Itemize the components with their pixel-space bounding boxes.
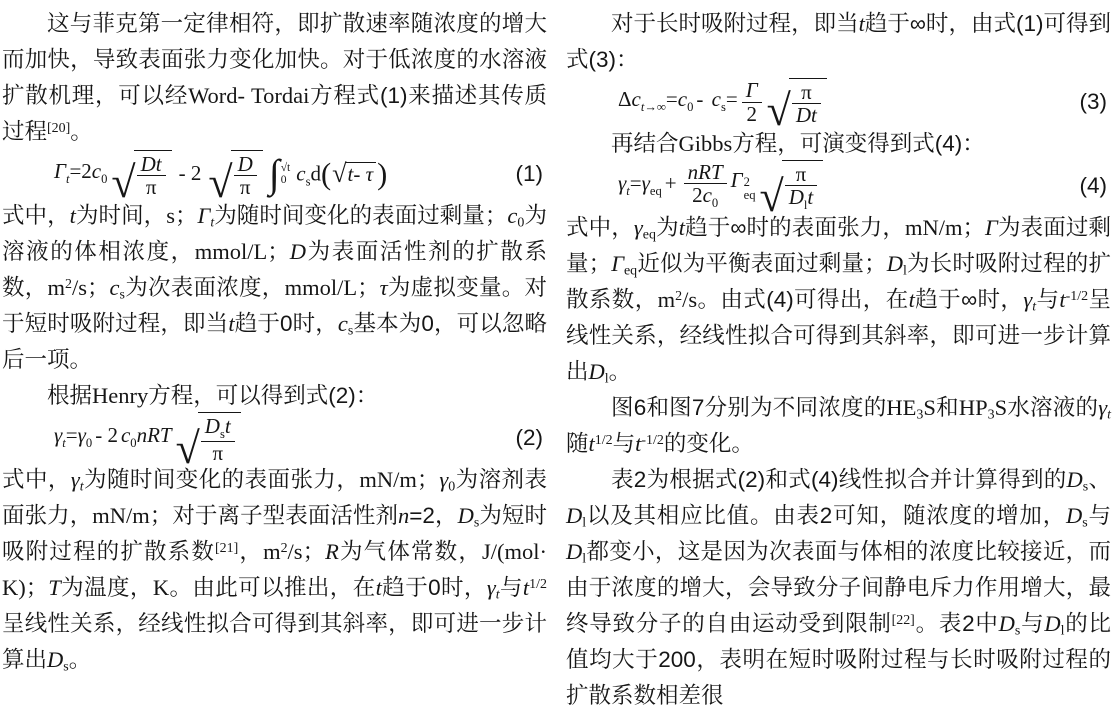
math-var: c	[121, 423, 130, 447]
fraction-denominator: π	[201, 441, 235, 464]
text-segment: T	[48, 575, 61, 600]
text-segment: mN/m	[905, 215, 963, 240]
text-segment: 与	[500, 575, 523, 600]
text-segment: 的变化。	[664, 431, 754, 456]
math-op: =	[666, 87, 678, 111]
text-segment: γ	[1023, 287, 1032, 312]
text-segment: 方程，可以得到式(2)：	[148, 383, 378, 408]
text-segment: 趋于∞时的表面张力，	[685, 215, 905, 240]
page-body: 这与菲克第一定律相符，即扩散速率随浓度的增大而加快，导致表面张力变化加快。对于低…	[0, 0, 1113, 709]
radical-body: Dtπ	[134, 150, 172, 198]
math-run: Δct→∞=c0- cs=	[618, 88, 738, 115]
text-segment: 2	[65, 277, 72, 292]
paragraph: 式中，γeq为t趋于∞时的表面张力，mN/m；Γ为表面过剩量；Γeq近似为平衡表…	[566, 210, 1111, 390]
text-segment: 。由此可以推出，在	[169, 575, 376, 600]
text-segment: eq	[643, 227, 656, 242]
text-segment: γ	[487, 575, 496, 600]
text-segment: 。表2中	[915, 611, 999, 636]
math-var: D	[789, 185, 804, 209]
text-segment: D	[566, 503, 582, 528]
text-segment: D	[290, 239, 306, 264]
fraction: nRT2c0	[684, 161, 727, 210]
math-var: t	[807, 185, 813, 209]
sup-sub-stack: 2eq	[744, 176, 756, 204]
fraction-denominator: 2c0	[684, 183, 727, 210]
radical-body: πDt	[789, 78, 827, 126]
radical: √t- τ	[332, 162, 376, 186]
text-segment: HP	[959, 395, 988, 420]
text-segment: 与	[1088, 503, 1111, 528]
math-var: γ	[78, 423, 86, 447]
math-var: c	[678, 87, 687, 111]
math-run: Γt=2c0	[54, 160, 107, 187]
text-segment: γ	[634, 215, 643, 240]
text-segment: 水溶液的	[1007, 395, 1098, 420]
fraction-denominator: 2	[742, 102, 762, 125]
text-segment: c	[110, 275, 120, 300]
fraction: πDt	[792, 81, 821, 126]
paper-page: { "colors": { "background": "#ffffff", "…	[0, 0, 1113, 709]
math-var: t	[225, 414, 231, 438]
text-segment: 近似为平衡表面过剩量；	[637, 251, 887, 276]
text-segment: /s	[682, 287, 697, 312]
math-op: - 2	[179, 162, 202, 185]
text-segment: 。	[609, 359, 632, 384]
text-segment: 随	[566, 431, 589, 456]
text-segment: mN/m	[359, 467, 417, 492]
math-sub: eq	[744, 189, 756, 203]
math-run: γt=γ0- 2c0nRT	[54, 424, 172, 451]
right-paren: )	[377, 157, 387, 191]
text-segment: ；对于离子型表面活性剂	[150, 503, 398, 528]
text-segment: 。	[70, 119, 93, 144]
math-sub: 0	[687, 101, 693, 115]
text-segment: 趋于0时，	[235, 311, 338, 336]
fraction-numerator: D	[234, 153, 257, 175]
radical-sign: √	[208, 165, 232, 200]
fraction: πDlt	[785, 163, 818, 212]
fraction-numerator: Dst	[201, 415, 235, 441]
text-segment: 图6和图7分别为不同浓度的	[611, 395, 886, 420]
math-op: =	[66, 423, 78, 447]
paragraph: 对于长时吸附过程，即当t趋于∞时，由式(1)可得到式(3)：	[566, 6, 1111, 78]
text-segment: Gibbs	[679, 131, 733, 156]
fraction: Dstπ	[201, 415, 235, 464]
fraction-numerator: Γ	[742, 79, 762, 101]
math-op: - 2	[95, 423, 118, 447]
math-var: c	[296, 161, 305, 185]
paragraph: 根据Henry方程，可以得到式(2)：	[2, 378, 547, 414]
text-segment: -1/2	[1066, 289, 1088, 304]
text-segment: /s	[288, 539, 303, 564]
text-segment: 与	[613, 431, 636, 456]
text-segment: c	[507, 203, 517, 228]
text-segment: D	[566, 539, 582, 564]
equation-number: (2)	[516, 426, 548, 451]
text-segment: mN/m	[92, 503, 150, 528]
text-segment: γ	[1098, 395, 1107, 420]
text-segment: 为次表面浓度，	[125, 275, 285, 300]
fraction-numerator: π	[785, 163, 818, 185]
text-segment: s	[166, 203, 175, 228]
text-segment: n	[398, 503, 409, 528]
text-segment: R	[325, 539, 339, 564]
text-segment: 。	[69, 647, 92, 672]
text-segment: K	[153, 575, 169, 600]
text-segment: 3	[988, 407, 995, 422]
integral-lower-limit: 0	[281, 175, 291, 187]
text-segment: Γ	[985, 215, 998, 240]
equation-1: Γt=2c0 √Dtπ - 2 √Dπ ∫√t0 csd(√t- τ) (1)	[2, 151, 547, 197]
fraction-numerator: nRT	[684, 161, 727, 183]
text-segment: ，	[238, 539, 263, 564]
text-segment: 趋于0时，	[382, 575, 487, 600]
paragraph: 式中，γt为随时间变化的表面张力，mN/m；γ0为溶剂表面张力，mN/m；对于离…	[2, 462, 547, 678]
fraction: Dπ	[234, 153, 257, 198]
integral-sign: ∫	[269, 154, 280, 194]
text-segment: 和	[936, 395, 959, 420]
text-segment: 以及其相应比值。由表2可知，随浓度的增加，	[586, 503, 1066, 528]
text-segment: t	[1107, 407, 1111, 422]
math-run: γt=γeq+	[618, 172, 680, 199]
text-segment: ；	[357, 275, 380, 300]
equation-4: γt=γeq+ nRT2c0 Γ2eq √πDlt (4)	[566, 163, 1111, 209]
text-segment: 为气体常数，	[339, 539, 482, 564]
paragraph: 再结合Gibbs方程，可演变得到式(4)：	[566, 126, 1111, 162]
text-segment: 趋于∞时，	[915, 287, 1023, 312]
math-num: 2	[692, 183, 703, 207]
radical-body: πDlt	[782, 160, 824, 212]
math-op: Δ	[618, 87, 632, 111]
text-segment: mmol/L	[195, 239, 268, 264]
math-var: nRT	[137, 423, 172, 447]
math-var: D	[205, 414, 220, 438]
equation-4-body: γt=γeq+ nRT2c0 Γ2eq √πDlt	[618, 160, 824, 212]
text-segment: [20]	[47, 121, 70, 136]
text-segment: 式中，	[2, 203, 70, 228]
text-segment: D	[458, 503, 474, 528]
radical-body: t- τ	[345, 162, 377, 186]
math-op: -	[696, 87, 708, 111]
radical-body: Dπ	[231, 150, 263, 198]
math-run: csd(√t- τ)	[296, 159, 387, 189]
fraction-denominator: Dt	[792, 103, 821, 126]
text-segment: S	[995, 395, 1008, 420]
equation-1-body: Γt=2c0 √Dtπ - 2 √Dπ ∫√t0 csd(√t- τ)	[54, 150, 387, 198]
radical-sign: √	[760, 179, 784, 214]
math-var: c	[92, 159, 101, 183]
text-segment: γ	[439, 467, 448, 492]
math-op: d	[310, 161, 321, 185]
radical: √πDt	[767, 78, 827, 126]
text-segment: [22]	[892, 613, 915, 628]
equation-3-body: Δct→∞=c0- cs= Γ2 √πDt	[618, 78, 828, 126]
text-segment: ；	[26, 575, 49, 600]
radical-sign: √	[111, 165, 135, 200]
radical-sign: √	[767, 93, 791, 128]
integral-limits: √t0	[280, 161, 292, 186]
text-segment: Word- Tordai	[188, 83, 309, 108]
text-segment: m	[658, 287, 676, 312]
fraction: Dtπ	[137, 153, 166, 198]
math-op: =	[726, 87, 738, 111]
text-segment: ；	[175, 203, 198, 228]
math-var: Γ	[54, 159, 66, 183]
text-segment: 式中，	[566, 215, 634, 240]
equation-number: (4)	[1080, 174, 1112, 199]
text-segment: 表2为根据式(2)和式(4)线性拟合并计算得到的	[611, 467, 1067, 492]
text-segment: mmol/L	[285, 275, 358, 300]
text-segment: τ	[380, 275, 388, 300]
fraction-denominator: π	[137, 175, 166, 198]
text-segment: 为	[656, 215, 679, 240]
radical-body: Dstπ	[198, 412, 241, 464]
integral-upper-limit: √t	[281, 163, 291, 175]
text-segment: [21]	[215, 541, 238, 556]
math-sub: 0	[712, 197, 718, 211]
equation-number: (3)	[1080, 90, 1112, 115]
text-segment: ；	[87, 275, 110, 300]
fraction-numerator: π	[792, 81, 821, 103]
radical: √Dπ	[208, 150, 262, 198]
text-segment: Henry	[92, 383, 148, 408]
text-segment: m	[263, 539, 281, 564]
text-segment: D	[1044, 611, 1060, 636]
math-sub: 0	[86, 437, 92, 451]
text-segment: 为随时间变化的表面过剩量；	[214, 203, 507, 228]
text-segment: 与	[1036, 287, 1059, 312]
text-segment: HE	[886, 395, 916, 420]
text-segment: γ	[71, 467, 80, 492]
text-segment: m	[48, 275, 66, 300]
text-segment: Γ	[611, 251, 624, 276]
math-sup: 2	[744, 176, 750, 190]
math-op: +	[665, 171, 677, 195]
text-segment: 。由式(4)可得出，在	[697, 287, 909, 312]
text-segment: 2	[281, 541, 288, 556]
text-segment: D	[887, 251, 903, 276]
radical-sign: √	[176, 431, 200, 466]
radical: √Dstπ	[176, 412, 241, 464]
text-segment: -1/2	[641, 433, 663, 448]
text-segment: 、	[1088, 467, 1111, 492]
equation-3: Δct→∞=c0- cs= Γ2 √πDt (3)	[566, 79, 1111, 125]
math-run: Γ2eq	[731, 169, 756, 203]
right-column: 对于长时吸附过程，即当t趋于∞时，由式(1)可得到式(3)： Δct→∞=c0-…	[566, 6, 1111, 709]
math-sub: t→∞	[641, 101, 666, 115]
text-segment: D	[1067, 467, 1083, 492]
text-segment: D	[47, 647, 63, 672]
text-segment: 再结合	[611, 131, 679, 156]
left-column: 这与菲克第一定律相符，即扩散速率随浓度的增大而加快，导致表面张力变化加快。对于低…	[2, 6, 547, 709]
math-op: =2	[69, 159, 91, 183]
math-op: =	[630, 171, 642, 195]
text-segment: /s	[72, 275, 87, 300]
integral: ∫√t0	[269, 154, 291, 194]
text-segment: ；	[962, 215, 985, 240]
text-segment: ；	[417, 467, 440, 492]
text-segment: c	[338, 311, 348, 336]
text-segment: ；	[303, 539, 326, 564]
text-segment: S	[923, 395, 936, 420]
math-var: c	[712, 87, 721, 111]
fraction-numerator: Dt	[137, 153, 166, 175]
text-segment: 1/2	[595, 433, 613, 448]
text-segment: 对于长时吸附过程，即当	[611, 11, 859, 36]
radical: √πDlt	[760, 160, 824, 212]
text-segment: eq	[624, 263, 637, 278]
text-segment: 根据	[47, 383, 92, 408]
paragraph: 表2为根据式(2)和式(4)线性拟合并计算得到的Ds、Dl以及其相应比值。由表2…	[566, 462, 1111, 709]
fraction-denominator: π	[234, 175, 257, 198]
paragraph: 这与菲克第一定律相符，即扩散速率随浓度的增大而加快，导致表面张力变化加快。对于低…	[2, 6, 547, 150]
math-sub: 0	[101, 173, 107, 187]
left-paren: (	[321, 157, 331, 191]
math-sub: eq	[650, 185, 662, 199]
text-segment: =2，	[409, 503, 457, 528]
text-segment: D	[999, 611, 1015, 636]
math-var: c	[703, 183, 712, 207]
text-segment: ；	[267, 239, 290, 264]
text-segment: 为随时间变化的表面张力，	[84, 467, 360, 492]
fraction-denominator: Dlt	[785, 185, 818, 212]
math-var: Γ	[731, 168, 743, 192]
paragraph: 式中，t为时间，s；Γt为随时间变化的表面过剩量；c0为溶液的体相浓度，mmol…	[2, 198, 547, 378]
math-var: γ	[642, 171, 650, 195]
text-segment: 与	[1020, 611, 1044, 636]
equation-number: (1)	[516, 162, 548, 187]
math-var: c	[632, 87, 641, 111]
text-segment: 1/2	[529, 577, 547, 592]
equation-2: γt=γ0- 2c0nRT √Dstπ (2)	[2, 415, 547, 461]
text-segment: 式中，	[2, 467, 71, 492]
equation-2-body: γt=γ0- 2c0nRT √Dstπ	[54, 412, 242, 464]
text-segment: D	[1066, 503, 1082, 528]
paragraph: 图6和图7分别为不同浓度的HE3S和HP3S水溶液的γt随t1/2与t-1/2的…	[566, 390, 1111, 462]
fraction: Γ2	[742, 79, 762, 124]
text-segment: 为温度，	[61, 575, 153, 600]
text-segment: D	[589, 359, 605, 384]
radical: √Dtπ	[111, 150, 171, 198]
